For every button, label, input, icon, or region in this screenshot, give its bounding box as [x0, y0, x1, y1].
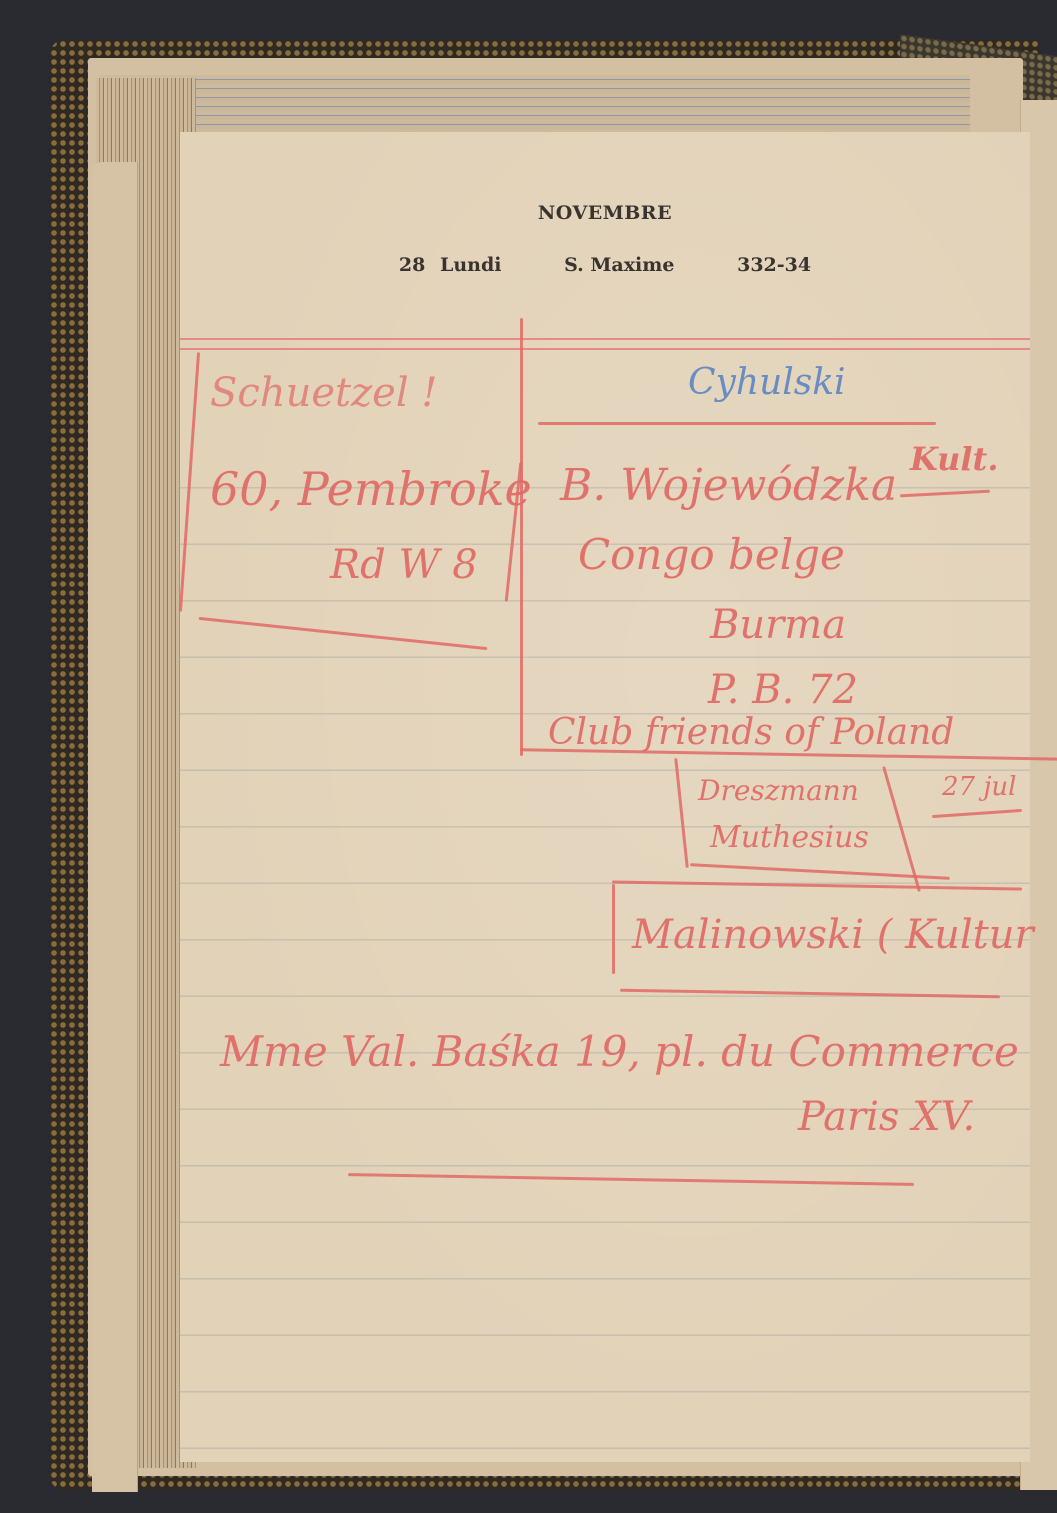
handwritten-line: Malinowski ( Kultur — [632, 912, 1034, 958]
header-rule-top — [180, 338, 1030, 340]
handwritten-line: B. Wojewódzka — [560, 460, 897, 511]
page-tab-flap — [92, 162, 138, 1492]
handwritten-line: Muthesius — [710, 820, 869, 855]
handwritten-address-line1: 60, Pembroke — [210, 462, 532, 516]
day-number: 28 — [399, 254, 425, 276]
page-stack-top-edges — [100, 75, 970, 135]
handwritten-line: Burma — [710, 602, 846, 648]
sub-box-3-left-border — [612, 884, 615, 974]
handwritten-heading: Schuetzel ! — [210, 370, 437, 416]
right-box-left-border — [520, 318, 523, 756]
handwritten-line: 27 jul — [942, 772, 1016, 802]
header-rule-bottom — [180, 348, 1030, 350]
day-of-year: 332-34 — [737, 254, 811, 276]
right-box-name-underline — [538, 422, 936, 425]
date-line: 28 Lundi S. Maxime 332-34 — [180, 254, 1030, 276]
month-title: NOVEMBRE — [180, 202, 1030, 224]
handwritten-line: Dreszmann — [698, 774, 859, 807]
handwritten-address-line2: Paris XV. — [798, 1094, 975, 1140]
handwritten-note: Kult. — [910, 440, 998, 478]
handwritten-address-line2: Rd W 8 — [330, 542, 478, 588]
handwritten-line: Congo belge — [578, 530, 845, 579]
handwritten-address-line1: Mme Val. Baśka 19, pl. du Commerce — [220, 1027, 1019, 1076]
weekday: Lundi — [440, 254, 502, 276]
handwritten-line: Club friends of Poland — [548, 712, 954, 753]
diary-page: NOVEMBRE 28 Lundi S. Maxime 332-34 Schue… — [180, 132, 1030, 1462]
handwritten-line: P. B. 72 — [708, 667, 858, 713]
handwritten-blue-name: Cyhulski — [688, 362, 846, 403]
saint-name: S. Maxime — [564, 254, 674, 276]
